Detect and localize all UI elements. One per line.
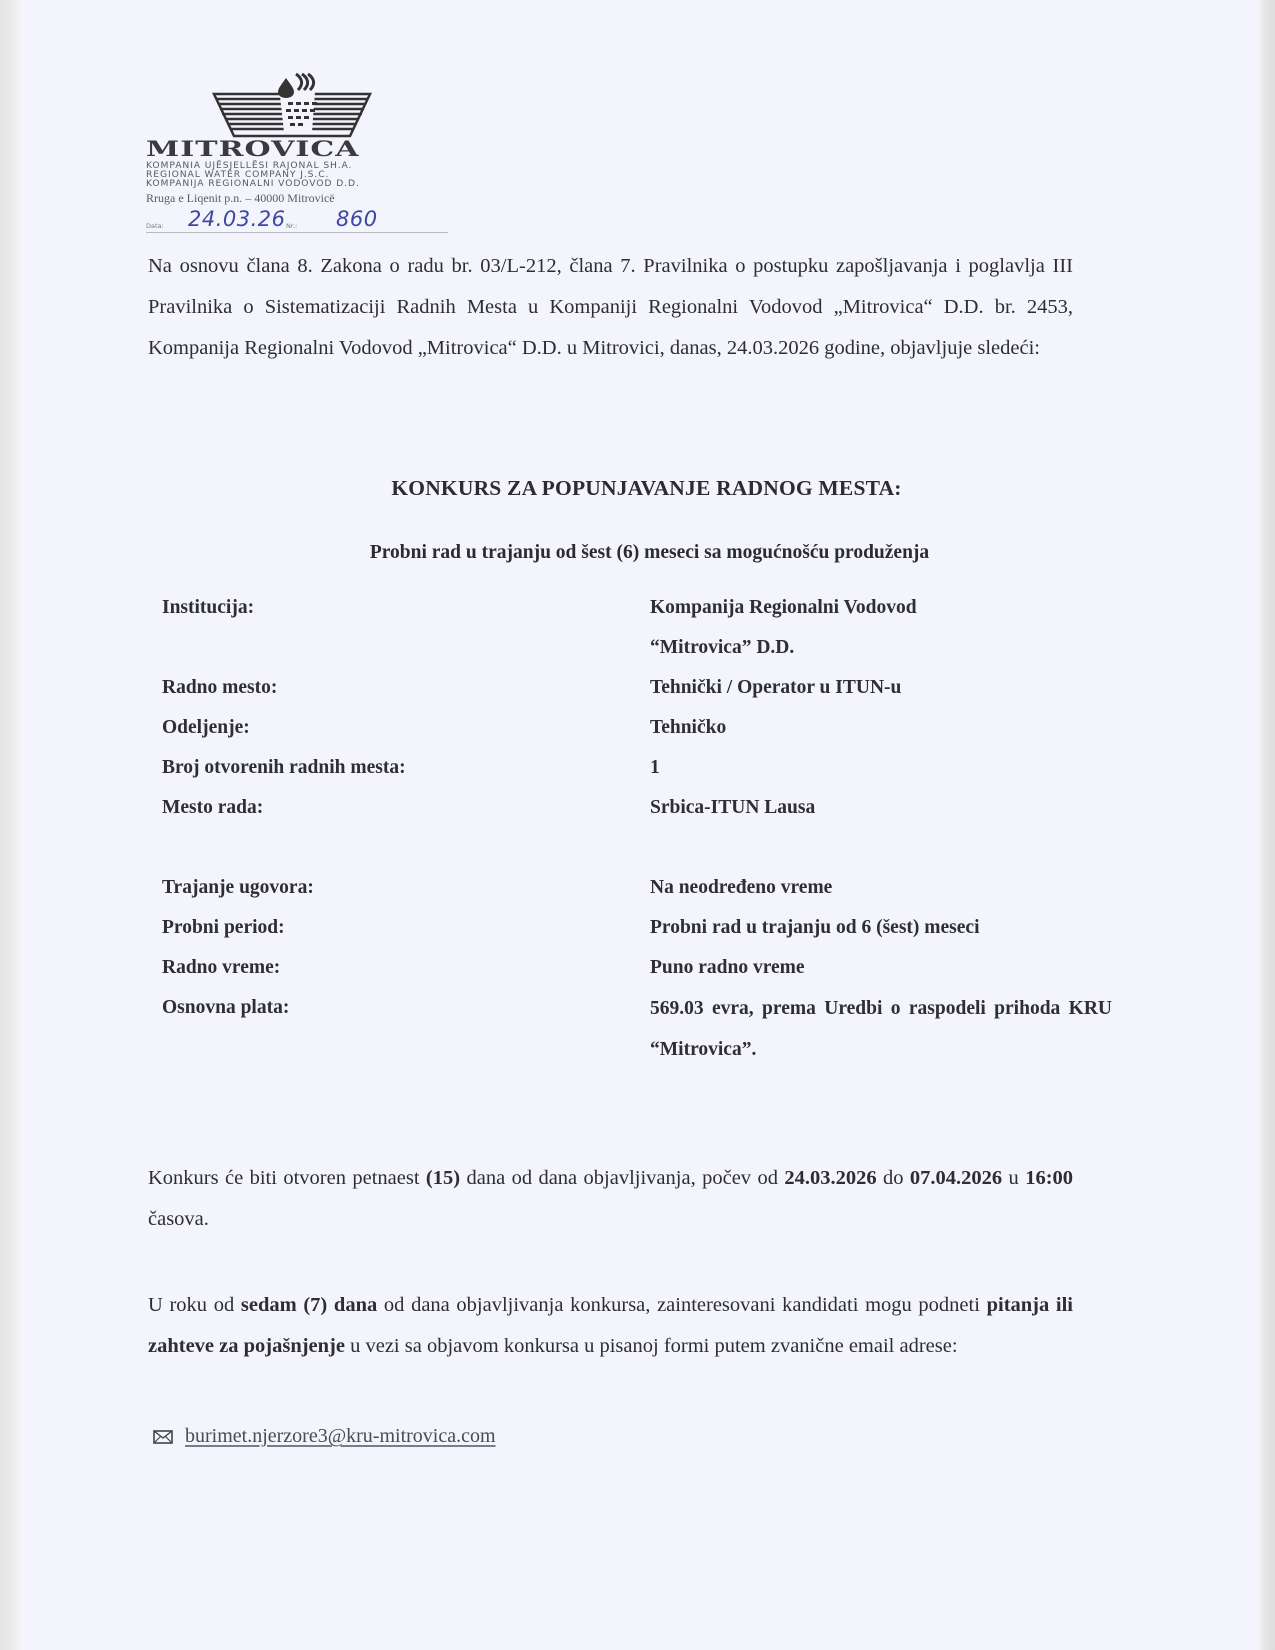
days-count: (15) <box>426 1167 460 1189</box>
field-value-probation: Probni rad u trajanju od 6 (šest) meseci <box>650 916 980 940</box>
contact-email-link[interactable]: burimet.njerzore3@kru-mitrovica.com <box>185 1425 496 1448</box>
date-label: Data: <box>146 222 164 230</box>
field-label-salary: Osnovna plata: <box>162 996 289 1020</box>
contact-email-row: burimet.njerzore3@kru-mitrovica.com <box>153 1425 496 1448</box>
page-title: KONKURS ZA POPUNJAVANJE RADNOG MESTA: <box>0 476 1275 501</box>
end-time: 16:00 <box>1025 1167 1073 1189</box>
field-label-contract-duration: Trajanje ugovora: <box>162 876 314 900</box>
text: u vezi sa objavom konkursa u pisanoj for… <box>345 1335 958 1357</box>
field-label-openings: Broj otvorenih radnih mesta: <box>162 756 406 780</box>
text: U roku od <box>148 1294 241 1316</box>
envelope-icon <box>153 1430 173 1444</box>
field-value-contract-duration: Na neodređeno vreme <box>650 876 832 900</box>
end-date: 07.04.2026 <box>910 1167 1002 1189</box>
scan-edge-left <box>0 0 22 1650</box>
intro-paragraph: Na osnovu člana 8. Zakona o radu br. 03/… <box>148 246 1073 369</box>
text: u <box>1002 1167 1025 1189</box>
handwritten-date: 24.03.26 <box>188 207 286 231</box>
field-value-institution-line2: “Mitrovica” D.D. <box>650 636 794 660</box>
page-subtitle: Probni rad u trajanju od šest (6) meseci… <box>0 542 1275 564</box>
questions-deadline: sedam (7) dana <box>241 1294 377 1316</box>
field-label-department: Odeljenje: <box>162 716 250 740</box>
field-value-openings: 1 <box>650 756 660 780</box>
field-value-department: Tehničko <box>650 716 726 740</box>
start-date: 24.03.2026 <box>784 1167 876 1189</box>
field-label-institution: Institucija: <box>162 596 254 620</box>
opening-period-paragraph: Konkurs će biti otvoren petnaest (15) da… <box>148 1158 1073 1240</box>
field-label-probation: Probni period: <box>162 916 285 940</box>
text: od dana objavljivanja konkursa, zaintere… <box>377 1294 986 1316</box>
questions-paragraph: U roku od sedam (7) dana od dana objavlj… <box>148 1285 1073 1367</box>
field-label-working-hours: Radno vreme: <box>162 956 280 980</box>
company-brand-name: MITROVICA <box>146 140 446 159</box>
field-label-location: Mesto rada: <box>162 796 263 820</box>
scan-edge-right <box>1257 0 1275 1650</box>
field-label-position: Radno mesto: <box>162 676 277 700</box>
handwritten-number: 860 <box>336 207 378 231</box>
field-value-working-hours: Puno radno vreme <box>650 956 805 980</box>
text: dana od dana objavljivanja, počev od <box>460 1167 784 1189</box>
text: do <box>877 1167 910 1189</box>
text: časova. <box>148 1208 209 1230</box>
text: Konkurs će biti otvoren petnaest <box>148 1167 426 1189</box>
field-value-institution-line1: Kompanija Regionalni Vodovod <box>650 596 917 620</box>
number-label: Nr.: <box>286 222 297 230</box>
field-value-position: Tehnički / Operator u ITUN-u <box>650 676 901 700</box>
field-value-location: Srbica-ITUN Lausa <box>650 796 815 820</box>
company-name-serbian: KOMPANIJA REGIONALNI VODOVOD D.D. <box>146 179 446 189</box>
field-value-salary: 569.03 evra, prema Uredbi o raspodeli pr… <box>650 988 1112 1070</box>
company-address: Rruga e Liqenit p.n. – 40000 Mitrovicë <box>146 191 335 206</box>
registry-stamp: Data: 24.03.26 Nr.: 860 <box>146 210 448 233</box>
company-logo-icon <box>212 72 372 140</box>
